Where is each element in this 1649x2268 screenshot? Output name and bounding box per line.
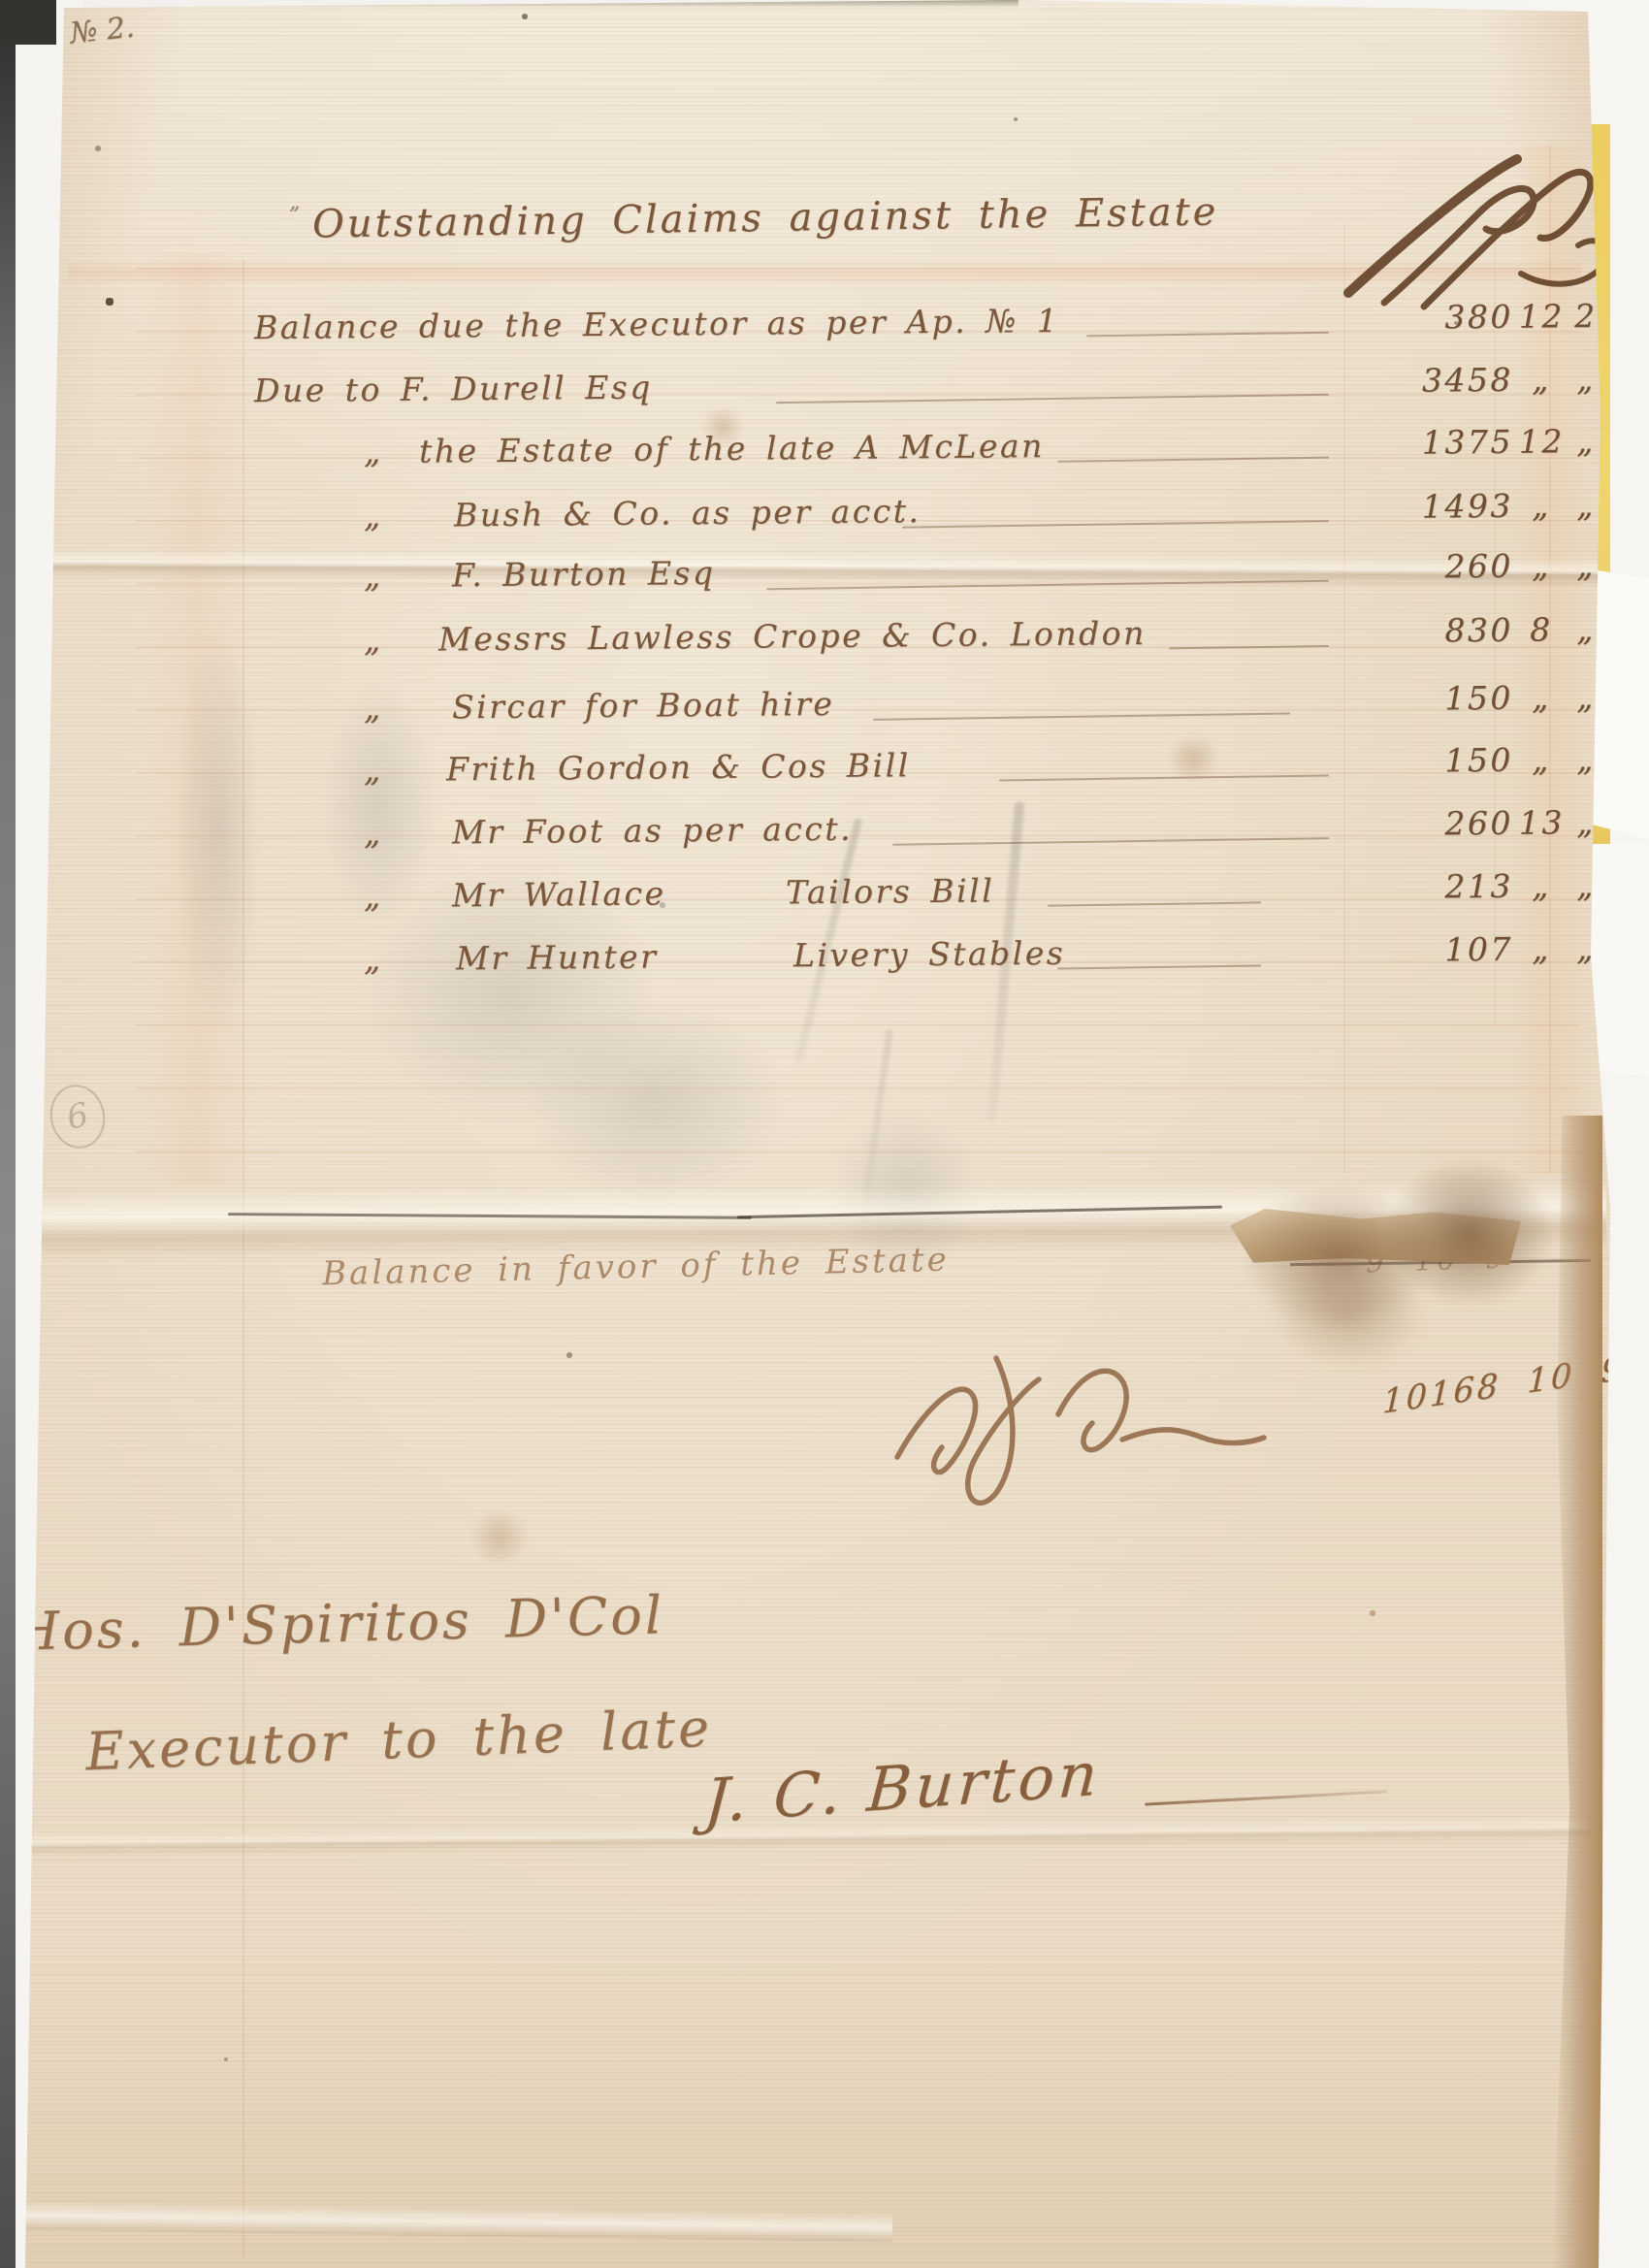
claim-description-secondary: Tailors Bill <box>786 871 995 911</box>
claim-description: Mr Wallace <box>452 874 666 914</box>
amount-shillings: 12 <box>1519 422 1564 460</box>
ditto-mark: „ <box>364 621 383 659</box>
page-top-edge <box>58 0 1018 8</box>
amount-shillings: „ <box>1519 546 1564 584</box>
hand-rule <box>1048 901 1261 906</box>
ditto-mark: „ <box>364 497 383 535</box>
claim-description: Mr Hunter <box>456 937 659 977</box>
amount-shillings: „ <box>1519 740 1564 778</box>
amount-shillings: „ <box>1519 360 1564 398</box>
approval-scrawl-mark <box>878 1321 1285 1525</box>
hand-rule <box>766 580 1329 591</box>
claim-description: Balance due the Executor as per Ap. № 1 <box>254 302 1060 346</box>
amount-pounds: 380 <box>1356 298 1513 337</box>
scanned-document: 6 № 2. „ Outstanding Claims against the … <box>0 0 1649 2268</box>
ink-stain <box>1271 1261 1426 1368</box>
amount-pounds: 260 <box>1356 804 1513 843</box>
hand-rule <box>1169 645 1329 649</box>
hand-rule <box>1057 964 1261 969</box>
hand-rule <box>1086 332 1329 338</box>
amount-pounds: 1493 <box>1356 487 1513 526</box>
amount-shillings: 8 <box>1519 610 1564 648</box>
claim-description-secondary: Livery Stables <box>793 934 1066 974</box>
bleed-through-smudge <box>524 999 786 1203</box>
amount-shillings: „ <box>1519 486 1564 524</box>
hand-rule <box>999 774 1329 781</box>
ditto-mark: „ <box>364 814 383 852</box>
currency-columns-mark <box>1331 146 1622 315</box>
claim-description: Frith Gordon & Cos Bill <box>446 746 911 788</box>
amount-shillings: „ <box>1519 866 1564 904</box>
amount-pounds: 150 <box>1356 741 1513 780</box>
ditto-mark: „ <box>364 751 383 789</box>
scanner-edge-strip <box>0 0 16 2268</box>
amount-shillings: 13 <box>1519 803 1564 841</box>
hand-rule <box>1057 457 1329 463</box>
amount-pounds: 107 <box>1356 930 1513 969</box>
amount-pounds: 213 <box>1356 867 1513 906</box>
ditto-mark: „ <box>364 689 383 727</box>
ledger-page: 6 № 2. „ Outstanding Claims against the … <box>0 0 1649 2268</box>
scanner-corner-shadow <box>0 0 56 45</box>
foxing-spot <box>466 1513 533 1562</box>
hand-rule <box>902 520 1329 529</box>
amount-pounds: 830 <box>1356 611 1513 650</box>
claim-description: Sircar for Boat hire <box>452 685 835 726</box>
claim-description: F. Burton Esq <box>452 554 716 594</box>
claim-description: the Estate of the late A McLean <box>419 427 1045 470</box>
ditto-mark: „ <box>364 557 383 595</box>
total-pence: 9 <box>1600 1348 1626 1391</box>
claim-description: Due to F. Durell Esq <box>254 369 653 410</box>
amount-pounds: 3458 <box>1356 361 1513 400</box>
claim-description: Mr Foot as per acct. <box>452 810 853 852</box>
claim-description: Bush & Co. as per acct. <box>454 492 921 534</box>
hand-rule <box>873 712 1290 720</box>
ditto-mark: „ <box>364 433 383 470</box>
amount-pounds: 1375 <box>1356 423 1513 462</box>
amount-pounds: 150 <box>1356 679 1513 718</box>
amount-shillings: „ <box>1519 929 1564 967</box>
ditto-mark: „ <box>289 190 300 214</box>
claim-description: Messrs Lawless Crope & Co. London <box>438 614 1147 658</box>
ditto-mark: „ <box>364 940 383 978</box>
amount-shillings: 12 <box>1519 297 1564 335</box>
ditto-mark: „ <box>364 877 383 915</box>
hand-rule <box>776 394 1329 404</box>
page-number: № 2. <box>68 11 136 51</box>
amount-pounds: 260 <box>1356 547 1513 586</box>
hand-rule <box>892 837 1329 846</box>
amount-shillings: „ <box>1519 678 1564 716</box>
